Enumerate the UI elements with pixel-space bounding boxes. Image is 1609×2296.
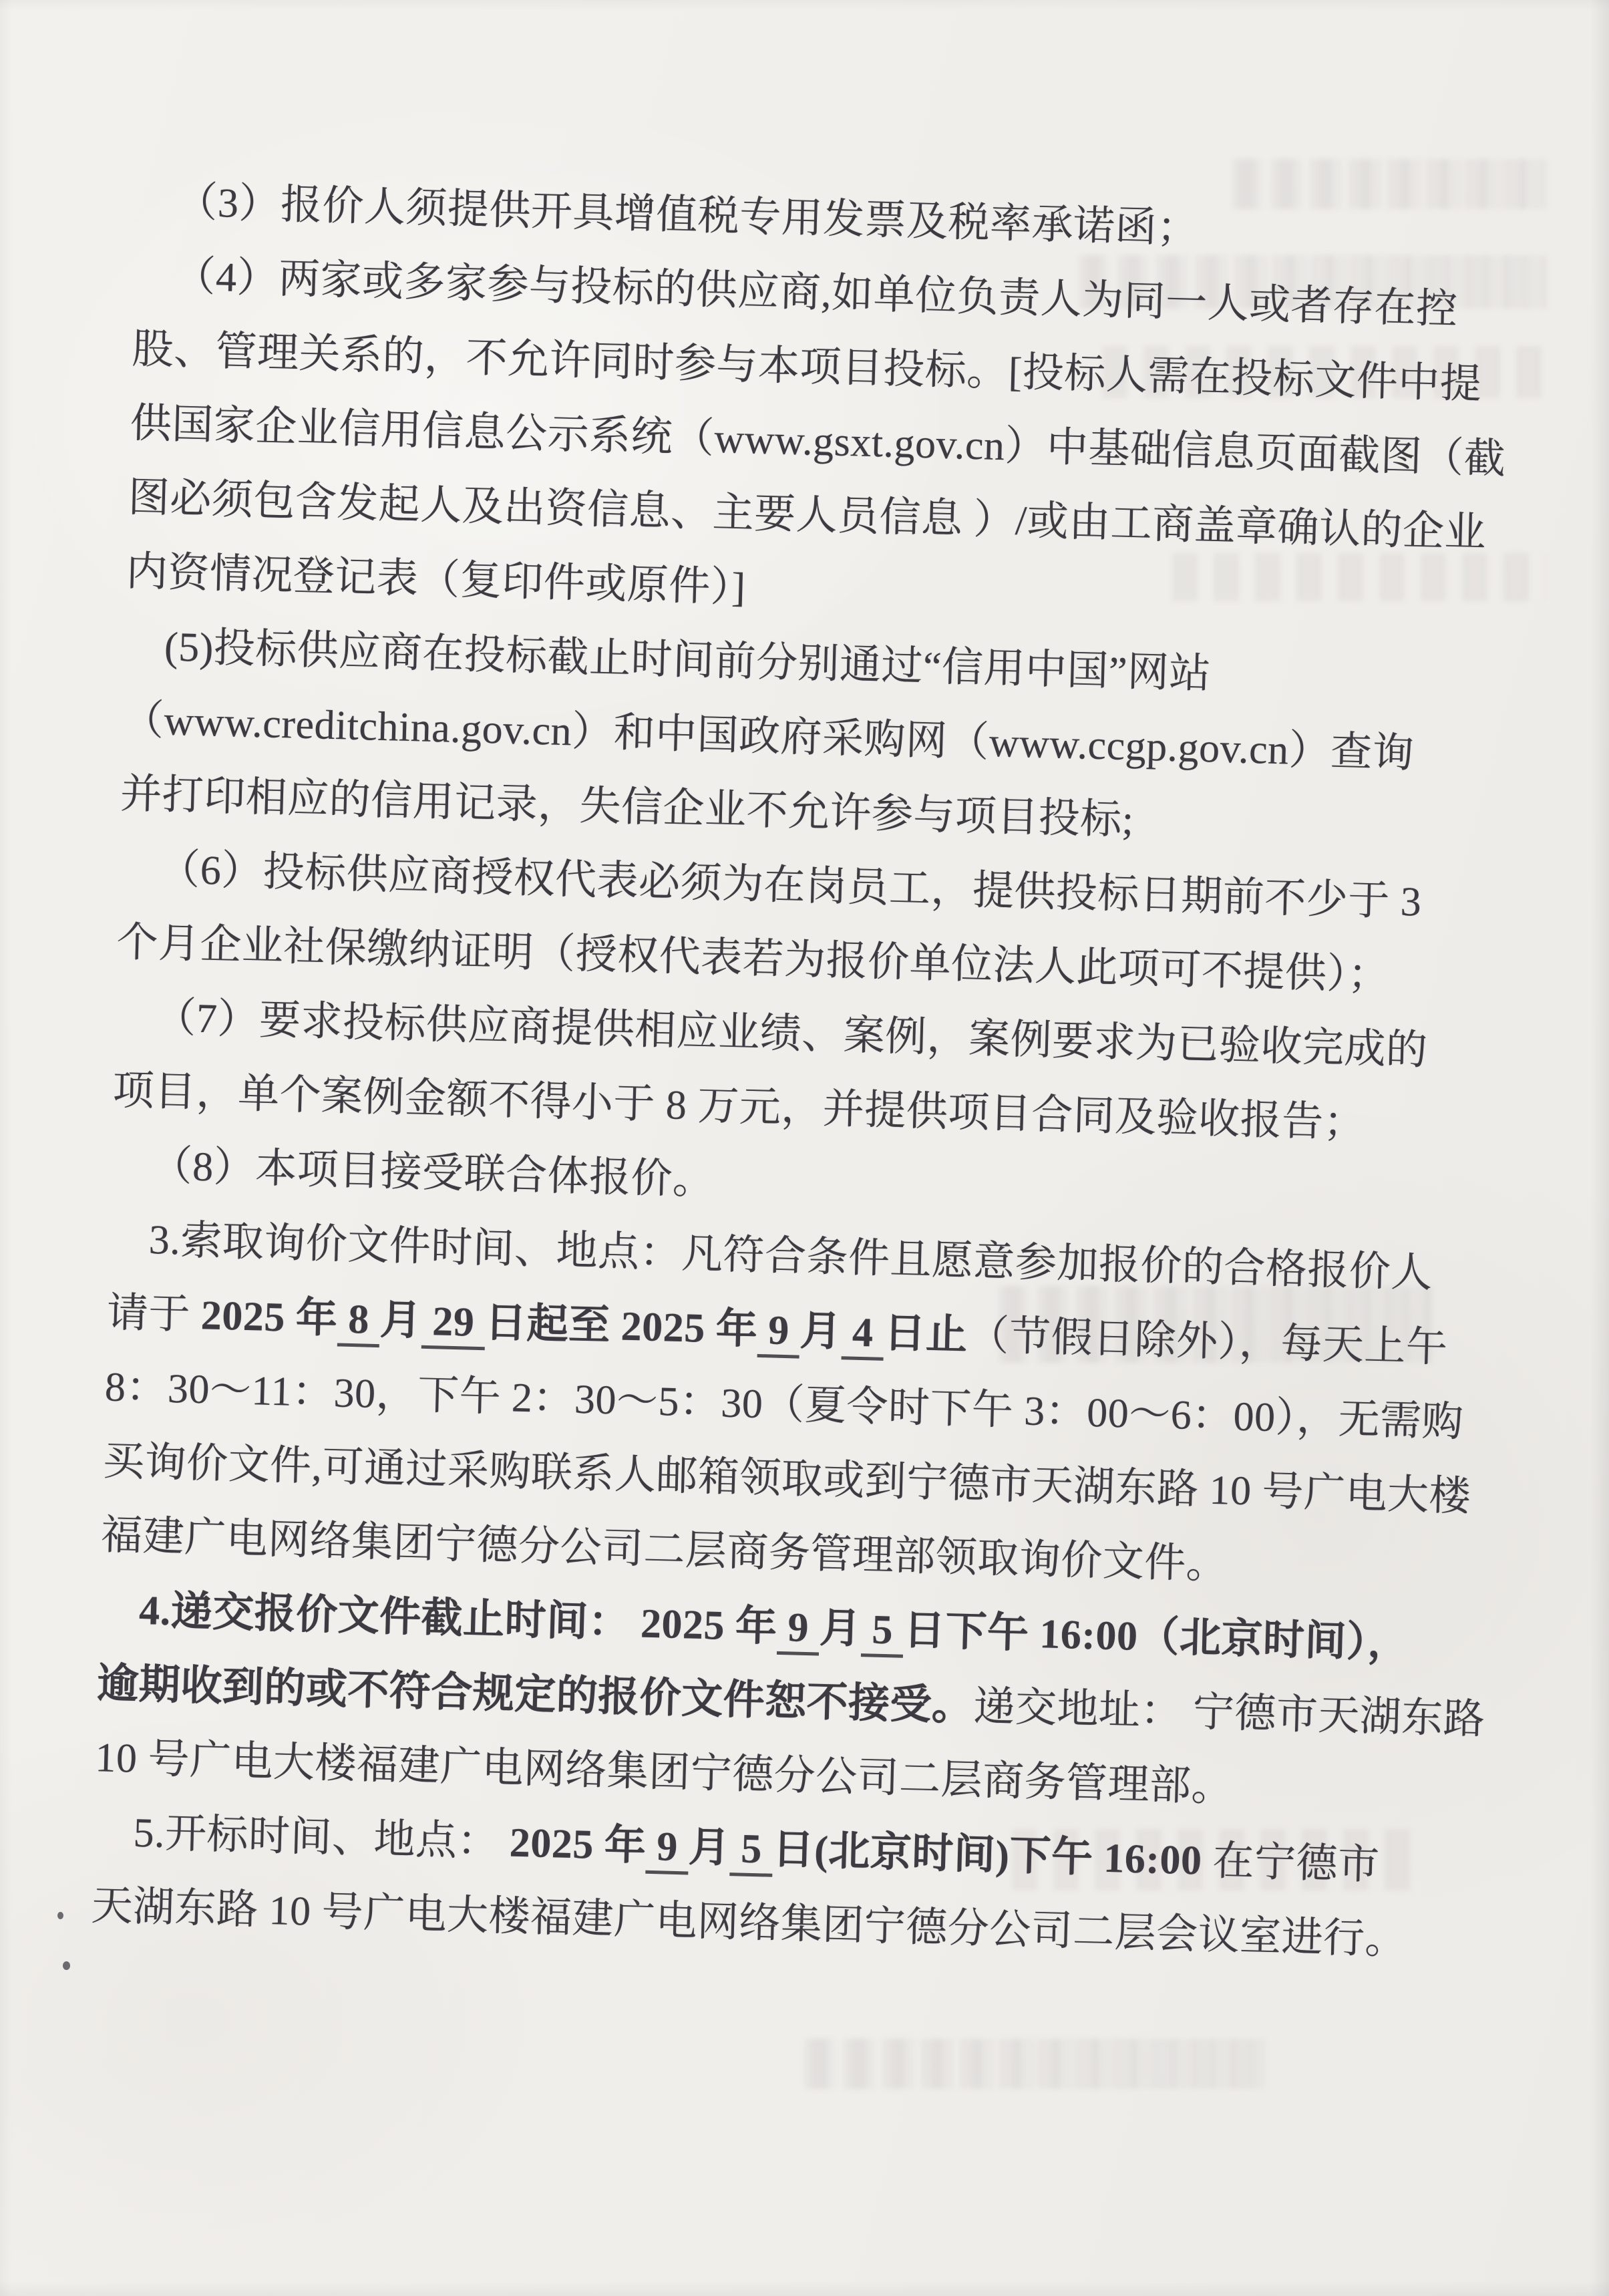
text-segment: 2025 年 — [620, 1304, 758, 1353]
text-segment: 5 — [860, 1607, 904, 1658]
text-segment: 月 — [688, 1824, 731, 1871]
text-segment: 9 — [757, 1307, 800, 1359]
text-segment: 2025 年 — [509, 1820, 647, 1868]
scan-edge-shadow — [0, 0, 1609, 11]
text-segment: 2025 年 — [640, 1601, 777, 1650]
text-segment: 9 — [776, 1605, 820, 1656]
text-segment: 5.开标时间、地点： — [133, 1810, 510, 1866]
text-segment: 日下午 16:00（北京时间）， — [903, 1608, 1410, 1667]
text-segment: （8）本项目接受联合体报价。 — [150, 1143, 715, 1203]
text-segment: 10 号广电大楼福建广电网络集团宁德分公司二层商务管理部。 — [95, 1735, 1234, 1810]
scan-edge-shadow — [0, 2281, 1609, 2296]
text-segment: 内资情况登记表（复印件或原件）] — [126, 549, 746, 611]
text-segment: 月 — [379, 1297, 422, 1344]
text-segment: （3）报价人须提供开具增值税专用发票及税率承诺函； — [176, 180, 1200, 252]
scan-edge-shadow — [0, 0, 12, 2296]
text-segment: 逾期收到的或不符合规定的报价文件恕不接受。 — [97, 1661, 974, 1729]
scan-edge-shadow — [1590, 0, 1609, 2296]
text-segment: 4.递交报价文件截止时间： — [138, 1588, 641, 1647]
ink-speck — [63, 1961, 70, 1970]
ink-speck — [57, 1912, 63, 1919]
text-segment: 4 — [841, 1309, 884, 1361]
text-segment: 请于 — [106, 1290, 202, 1338]
text-segment: 递交地址： 宁德市天湖东路 — [973, 1684, 1486, 1743]
text-segment: 月 — [819, 1606, 862, 1653]
text-segment: 日(北京时间)下午 16:00 — [772, 1827, 1214, 1884]
text-segment: 2025 年 — [200, 1293, 338, 1341]
text-segment: 月 — [799, 1309, 842, 1355]
document-text: （3）报价人须提供开具增值税专用发票及税率承诺函；（4）两家或多家参与投标的供应… — [90, 164, 1599, 1981]
bleedthrough-artifact — [805, 2039, 1266, 2089]
text-segment: （节假日除外），每天上午 — [967, 1313, 1449, 1371]
text-segment: (5)投标供应商在投标截止时间前分别通过“信用中国”网站 — [164, 624, 1212, 697]
text-segment: 并打印相应的信用记录，失信企业不允许参与项目投标; — [120, 772, 1134, 844]
text-segment: 8 — [337, 1296, 380, 1347]
text-segment: 日起至 — [484, 1300, 621, 1349]
text-segment: 在宁德市 — [1212, 1838, 1381, 1889]
text-segment: 日止 — [884, 1311, 968, 1358]
text-segment: 29 — [421, 1299, 486, 1350]
text-segment: 5 — [729, 1826, 773, 1877]
text-segment: 福建广电网络集团宁德分公司二层商务管理部领取询价文件。 — [100, 1512, 1228, 1587]
text-segment: 9 — [645, 1824, 689, 1875]
